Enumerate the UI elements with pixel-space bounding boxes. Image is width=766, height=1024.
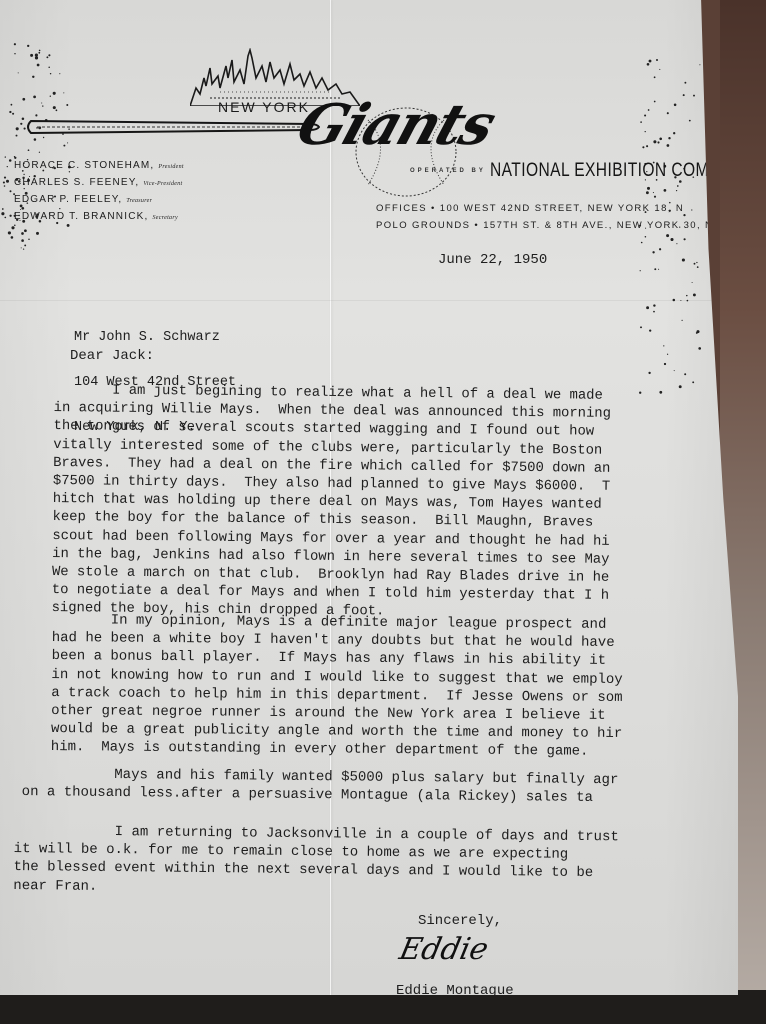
typed-signature-name: Eddie Montague [396, 983, 514, 995]
officers-list: HORACE C. STONEHAM, President CHARLES S.… [14, 157, 184, 225]
officer-secretary: EDWARD T. BRANNICK, Secretary [14, 208, 184, 225]
officer-president: HORACE C. STONEHAM, President [14, 157, 184, 174]
team-logo-wordmark: Giants [289, 92, 502, 158]
baseball-bat-icon [25, 117, 320, 137]
letter-date: June 22, 1950 [438, 252, 547, 268]
typed-line: him. Mays is outstanding in every other … [51, 738, 622, 761]
handwritten-signature: Eddie [396, 932, 491, 967]
background-table-edge [0, 990, 766, 1024]
officer-treasurer: EDGAR P. FEELEY, Treasurer [14, 191, 184, 208]
recipient-name: Mr John S. Schwarz [74, 330, 236, 345]
letter-paper: NEW YORK Giants OPERATED BY NATIONAL EXH… [0, 0, 738, 995]
company-name: NATIONAL EXHIBITION COMP [490, 160, 720, 182]
offices-address: OFFICES • 100 WEST 42ND STREET, NEW YORK… [376, 203, 684, 214]
salutation: Dear Jack: [70, 348, 154, 364]
letterhead-city: NEW YORK [218, 99, 310, 115]
paragraph-2: In my opinion, Mays is a definite major … [51, 611, 624, 762]
paragraph-1: I am just begining to realize what a hel… [52, 381, 612, 623]
officer-vice-president: CHARLES S. FEENEY, Vice-President [14, 174, 184, 191]
polo-grounds-address: POLO GROUNDS • 157TH ST. & 8TH AVE., NEW… [376, 220, 713, 231]
paragraph-3: Mays and his family wanted $5000 plus sa… [22, 765, 619, 808]
paragraph-4: I am returning to Jacksonville in a coup… [13, 822, 619, 901]
closing: Sincerely, [418, 913, 502, 929]
operated-by-label: OPERATED BY [410, 168, 486, 174]
